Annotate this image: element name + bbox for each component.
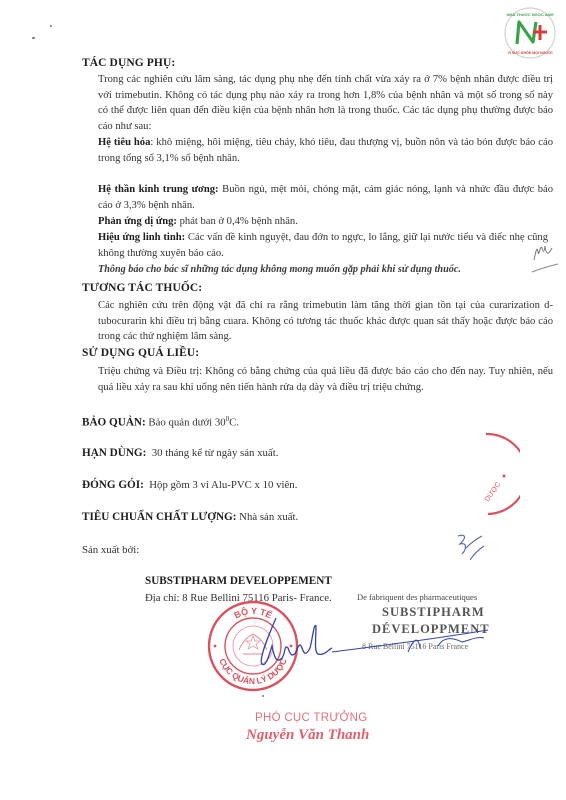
packaging-line: ĐÓNG GÓI: Hộp gồm 3 vỉ Alu-PVC x 10 viên…: [82, 479, 297, 491]
signature-small: [448, 530, 488, 566]
document-page: NHÀ THUỐC NGỌC ANH VÌ SỨC KHỎE MỌI NGƯỜI…: [0, 0, 566, 800]
scan-speck: [50, 25, 52, 27]
interactions-heading: TƯƠNG TÁC THUỐC:: [82, 282, 202, 294]
side-effect-allergy: Phản ứng dị ứng: phát ban ở 0,4% bệnh nh…: [98, 214, 553, 230]
quality-label: TIÊU CHUẨN CHẤT LƯỢNG:: [82, 511, 236, 523]
side-effects-heading: TÁC DỤNG PHỤ:: [82, 57, 175, 69]
scan-speck: [262, 695, 264, 697]
partial-stamp: DƯỢC: [470, 430, 520, 520]
pharmacy-logo: NHÀ THUỐC NGỌC ANH VÌ SỨC KHỎE MỌI NGƯỜI: [503, 6, 557, 60]
initials-signature: [528, 238, 562, 276]
side-effect-text: phát ban ở 0,4% bệnh nhân.: [177, 216, 298, 227]
logo-icon: NHÀ THUỐC NGỌC ANH VÌ SỨC KHỎE MỌI NGƯỜI: [503, 6, 557, 60]
storage-text: Bảo quản dưới 30: [146, 417, 226, 429]
quality-text: Nhà sản xuất.: [236, 511, 298, 523]
company-stamp-line1: De fabriquent des pharmaceutiques: [357, 592, 477, 602]
storage-label: BẢO QUẢN:: [82, 417, 146, 429]
side-effect-label: Hiệu ứng linh tinh:: [98, 232, 185, 243]
shelf-life-line: HẠN DÙNG: 30 tháng kể từ ngày sản xuất.: [82, 447, 278, 459]
svg-text:NHÀ THUỐC NGỌC ANH: NHÀ THUỐC NGỌC ANH: [507, 12, 554, 17]
official-title: PHÓ CỤC TRƯỞNG: [255, 712, 367, 724]
svg-text:DƯỢC: DƯỢC: [484, 481, 502, 503]
side-effect-text: : khô miệng, hôi miệng, tiêu chảy, khó t…: [98, 137, 553, 164]
side-effect-label: Hệ tiêu hóa: [98, 137, 150, 148]
side-effect-cns: Hệ thần kinh trung ương: Buồn ngủ, mệt m…: [98, 182, 553, 213]
overdose-heading: SỬ DỤNG QUÁ LIỀU:: [82, 347, 199, 359]
quality-line: TIÊU CHUẨN CHẤT LƯỢNG: Nhà sản xuất.: [82, 511, 298, 523]
side-effect-label: Phản ứng dị ứng:: [98, 216, 177, 227]
side-effects-notice: Thông báo cho bác sĩ những tác dụng khôn…: [98, 262, 553, 278]
shelf-life-label: HẠN DÙNG:: [82, 447, 146, 459]
official-signature: [248, 612, 508, 674]
side-effects-intro: Trong các nghiên cứu lâm sàng, tác dụng …: [98, 72, 553, 134]
storage-unit: C.: [229, 417, 239, 429]
side-effect-misc: Hiệu ứng linh tinh: Các vấn đề kinh nguy…: [98, 230, 548, 261]
packaging-text: Hộp gồm 3 vỉ Alu-PVC x 10 viên.: [144, 479, 298, 491]
manufacturer-label: Sản xuất bởi:: [82, 544, 139, 556]
svg-text:VÌ SỨC KHỎE MỌI NGƯỜI: VÌ SỨC KHỎE MỌI NGƯỜI: [508, 50, 553, 55]
manufacturer-name: SUBSTIPHARM DEVELOPPEMENT: [145, 575, 332, 587]
storage-line: BẢO QUẢN: Bảo quản dưới 300C.: [82, 415, 239, 429]
scan-speck: [32, 37, 35, 39]
overdose-text: Triệu chứng và Điều trị: Không có bằng c…: [98, 364, 553, 395]
packaging-label: ĐÓNG GÓI:: [82, 479, 144, 491]
shelf-life-text: 30 tháng kể từ ngày sản xuất.: [146, 447, 278, 459]
interactions-text: Các nghiên cứu trên động vật đã chỉ ra r…: [98, 298, 553, 345]
official-name: Nguyễn Văn Thanh: [246, 727, 369, 744]
side-effect-label: Hệ thần kinh trung ương:: [98, 184, 219, 195]
side-effect-digestive: Hệ tiêu hóa: khô miệng, hôi miệng, tiêu …: [98, 135, 553, 166]
